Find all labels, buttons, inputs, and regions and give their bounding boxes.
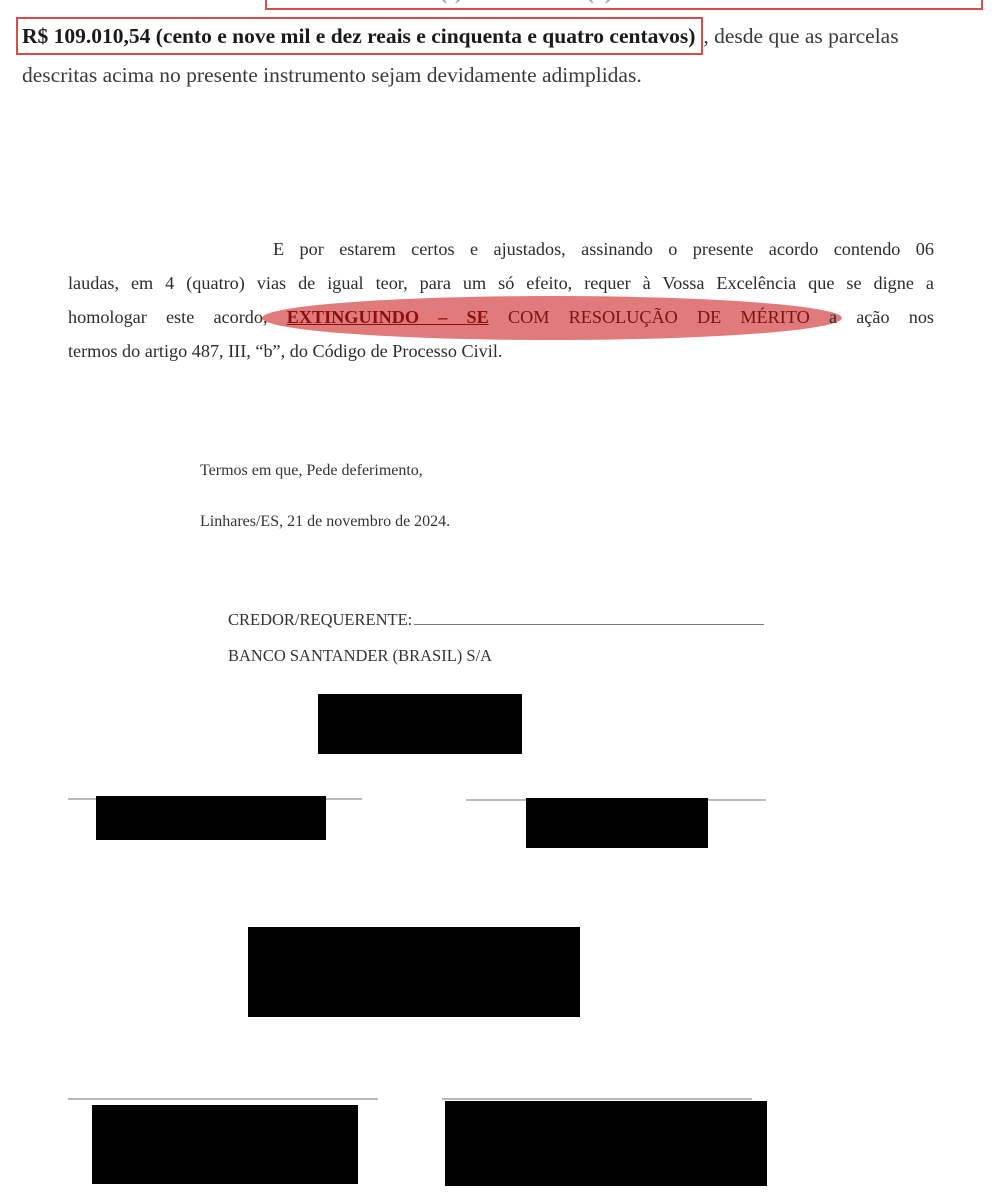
amount-continuation: , desde que as parcelas (703, 24, 898, 48)
redaction-block-6 (445, 1101, 767, 1186)
credor-name: BANCO SANTANDER (BRASIL) S/A (228, 646, 492, 666)
place-date: Linhares/ES, 21 de novembro de 2024. (200, 513, 450, 531)
paragraph-line-2: laudas, em 4 (quatro) vias de igual teor… (68, 266, 934, 300)
signature-line (414, 612, 764, 625)
line3-before: homologar este acordo, (68, 307, 287, 327)
amount-line-2: descritas acima no presente instrumento … (22, 60, 642, 90)
redaction-block-4 (248, 927, 580, 1017)
paragraph-line-1: E por estarem certos e ajustados, assina… (68, 232, 934, 266)
line3-after: a ação nos (810, 307, 934, 327)
signature-line-right-2 (442, 1098, 752, 1100)
redaction-block-2 (96, 796, 326, 840)
agreement-paragraph: E por estarem certos e ajustados, assina… (68, 232, 934, 368)
redaction-block-5 (92, 1105, 358, 1184)
credor-signature: CREDOR/REQUERENTE: (228, 610, 764, 630)
paragraph-line-4: termos do artigo 487, III, “b”, do Códig… (68, 334, 934, 368)
redaction-block-3 (526, 798, 708, 848)
amount-annotation-box: R$ 109.010,54 (cento e nove mil e dez re… (16, 17, 703, 55)
closing-text: Termos em que, Pede deferimento, (200, 462, 423, 480)
credor-label: CREDOR/REQUERENTE: (228, 610, 412, 629)
amount-line: R$ 109.010,54 (cento e nove mil e dez re… (22, 16, 899, 56)
amount-text: R$ 109.010,54 (cento e nove mil e dez re… (22, 24, 695, 48)
redaction-block-1 (318, 694, 522, 754)
annotation-box-top: 5. Fica concedido ao(s) EXECUTADO(S) o d… (265, 0, 983, 10)
paragraph-line-3: homologar este acordo, EXTINGUINDO – SE … (68, 300, 934, 334)
extinguindo-text: EXTINGUINDO – SE (287, 307, 489, 327)
cut-off-text: 5. Fica concedido ao(s) EXECUTADO(S) o d… (275, 0, 898, 5)
resolucao-merito-text: COM RESOLUÇÃO DE MÉRITO (489, 307, 810, 327)
signature-line-left-2 (68, 1098, 378, 1100)
